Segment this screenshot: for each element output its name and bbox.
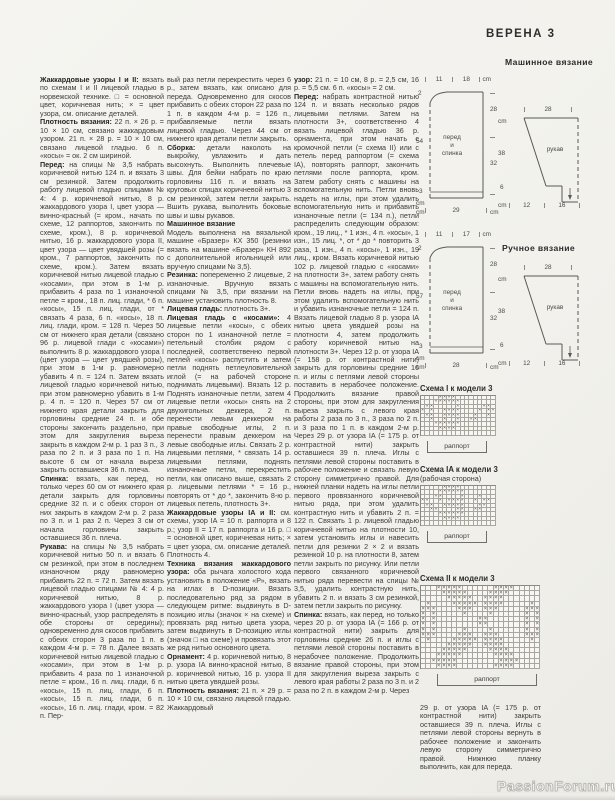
paragraph: Техника вязания жаккардового узора: оба … <box>167 560 291 653</box>
tick <box>571 265 572 270</box>
paragraph: Жаккардовые узоры I и II: вязать по схем… <box>40 76 164 118</box>
measure-bottom-row: cm 12 16 <box>498 202 580 209</box>
schematic-sleeve-machine: 28 cm 38 6 рукав cm 12 16 <box>496 104 584 212</box>
paragraph: Спинка: вязать, как перед, но только чер… <box>40 475 164 543</box>
paragraph: узор: 21 п. = 10 см, 8 р. = 2,5 см, 16 р… <box>294 76 419 93</box>
chart-grid: ××××××××××××××××××××××××××××××××××××××××… <box>420 585 540 669</box>
chart-grid: ××××××××××××××××××××××××××××××××××××××××… <box>420 485 496 526</box>
page-title: ВЕРЕНА 3 <box>486 28 556 40</box>
piece-label: перед и спинка <box>432 134 472 158</box>
measure-unit: cm <box>498 360 507 367</box>
tick <box>486 363 487 368</box>
measure-bottom-row: 29 <box>425 207 487 214</box>
tick <box>479 77 480 82</box>
measure-top-row: 28 <box>524 264 572 271</box>
paragraph: Спинка: вязать, как перед, но только чер… <box>294 611 419 696</box>
paragraph: Лицевая гладь с «косами»: 4 лицевые петл… <box>167 314 291 509</box>
knitting-chart-2: Схема II к модели 3 ××××××××××××××××××××… <box>420 574 540 686</box>
measure-top-row: 11 17 cm <box>425 231 491 238</box>
measure-value: 2 <box>418 245 422 252</box>
text-column-3: узор: 21 п. = 10 см, 8 р. = 2,5 см, 16 р… <box>294 76 419 790</box>
measure-unit: cm <box>498 202 507 209</box>
measure-value: 11 <box>428 231 450 238</box>
measure-value: 12 <box>512 360 542 367</box>
tick <box>486 208 487 213</box>
measure-value: 28 <box>527 106 569 113</box>
sleeve-outline <box>508 274 582 366</box>
measure-value: 3 <box>419 343 423 350</box>
tick <box>544 361 545 366</box>
text-column-1: Жаккардовые узоры I и II: вязать по схем… <box>40 76 164 790</box>
measure-value: 29 <box>428 207 484 214</box>
measure-value: 16 <box>547 202 577 209</box>
tick <box>490 349 495 350</box>
knitting-chart-1a: Схема IA к модели 3 (рабочая сторона) ××… <box>420 465 498 543</box>
tick <box>425 77 426 82</box>
measure-value: 18 <box>455 76 477 83</box>
tick <box>425 363 426 368</box>
rapport-bracket: раппорт <box>427 531 487 543</box>
measure-value: 3 <box>419 188 423 195</box>
tick <box>490 292 495 293</box>
measure-unit: cm <box>482 76 491 83</box>
measure-unit: cm <box>498 118 507 125</box>
piece-label: рукав <box>538 146 572 154</box>
sleeve-outline <box>508 116 582 208</box>
text-column-2: вый раз петли перекрестить через 6 р., з… <box>167 76 291 790</box>
chart-subtitle: (рабочая сторона) <box>420 474 498 483</box>
tick <box>452 77 453 82</box>
chart-grid: ××××××××××××××××××××××××××××××××××××××××… <box>420 395 496 436</box>
schematic-sleeve-hand: 28 cm 38 6 рукав cm 12 16 <box>496 262 584 370</box>
tick <box>425 208 426 213</box>
tick <box>490 248 495 249</box>
tick <box>509 361 510 366</box>
measure-value: 17 <box>455 231 477 238</box>
measure-unit: cm <box>416 209 425 216</box>
tick <box>425 232 426 237</box>
magazine-page: ВЕРЕНА 3 Жаккардовые узоры I и II: вязат… <box>0 0 615 800</box>
machine-knitting-title: Машинное вязание <box>505 57 593 67</box>
paragraph: Резинка: попеременно 2 лицевые, 2 изнано… <box>167 271 291 305</box>
piece-label: рукав <box>538 304 572 312</box>
paragraph: Сборка: детали наколоть на выкройку, увл… <box>167 144 291 220</box>
measure-value: 2 <box>418 90 422 97</box>
tick <box>452 232 453 237</box>
chart-row <box>421 521 496 525</box>
paragraph: Рукава: на спицы № 3,5 набрать коричнево… <box>40 543 164 721</box>
paragraph: Перед: набрать контрастной нитью 124 п. … <box>294 93 419 611</box>
schematic-front-back-hand: 11 17 cm 2 57 3 cm 28 32 перед и спинка … <box>416 231 508 371</box>
measure-bottom-row: 28 <box>425 362 487 369</box>
paragraph: вый раз петли перекрестить через 6 р., з… <box>167 76 291 144</box>
paragraph: Жаккардовые узоры IA и II: см. схемы, уз… <box>167 509 291 560</box>
measure-value: 38 <box>498 150 505 157</box>
tick <box>579 361 580 366</box>
tick <box>571 107 572 112</box>
paragraph: 29 р. от узора IA (= 175 р. от контрастн… <box>420 704 541 772</box>
tick <box>479 232 480 237</box>
measure-unit: cm <box>416 355 425 362</box>
measure-unit: cm <box>416 364 425 371</box>
paragraph: Перед: на спицы № 3,5 набрать коричневой… <box>40 161 164 475</box>
chart-title: Схема I к модели 3 <box>420 384 496 393</box>
tick <box>509 203 510 208</box>
measure-value: 11 <box>428 76 450 83</box>
paragraph: Орнамент: 4 р. коричневой нитью, 8 р. уз… <box>167 653 291 687</box>
tick <box>490 137 495 138</box>
tick <box>490 93 495 94</box>
chart-title: Схема IA к модели 3 <box>420 465 498 474</box>
measure-value: 6 <box>500 342 504 349</box>
measure-value: 57 <box>416 293 423 300</box>
measure-value: 28 <box>527 264 569 271</box>
measure-value: 28 <box>428 362 484 369</box>
hand-knitting-title: Ручное вязание <box>502 243 575 253</box>
measure-value: 16 <box>547 360 577 367</box>
measure-unit: cm <box>498 276 507 283</box>
chart-row <box>421 431 496 435</box>
paragraph: Модель выполнена на вязальной машине «Бр… <box>167 229 291 271</box>
paragraph: Плотность вязания: 21 п. × 29 р. = 10 × … <box>167 687 291 712</box>
knitting-chart-1: Схема I к модели 3 ×××××××××××××××××××××… <box>420 384 496 453</box>
measure-unit: cm <box>416 200 425 207</box>
measure-value: 6 <box>500 184 504 191</box>
piece-label: перед и спинка <box>432 289 472 313</box>
measure-value: 54 <box>416 138 423 145</box>
tick <box>524 265 525 270</box>
chart-cell-main <box>535 664 540 669</box>
measure-value: 38 <box>498 308 505 315</box>
tick <box>544 203 545 208</box>
chart-cell-main <box>491 521 495 525</box>
measure-top-row: 11 18 cm <box>425 76 491 83</box>
paragraph: Плотность вязания: 22 п. × 26 р. = 10 × … <box>40 118 164 160</box>
chart-cell-main <box>491 431 495 435</box>
schematic-front-back-machine: 11 18 cm 2 54 3 cm 28 32 перед и спинка … <box>416 76 508 216</box>
measure-top-row: 28 <box>524 106 572 113</box>
rapport-bracket: раппорт <box>427 441 487 453</box>
measure-unit: cm <box>482 231 491 238</box>
rapport-bracket: раппорт <box>437 674 537 686</box>
measure-value: 12 <box>512 202 542 209</box>
chart-row: ×××××××× <box>421 664 540 669</box>
chart-title: Схема II к модели 3 <box>420 574 540 583</box>
measure-bottom-row: cm 12 16 <box>498 360 580 367</box>
tick <box>490 194 495 195</box>
tick <box>524 107 525 112</box>
tick <box>579 203 580 208</box>
watermark: PassionForum.ru <box>497 778 615 794</box>
